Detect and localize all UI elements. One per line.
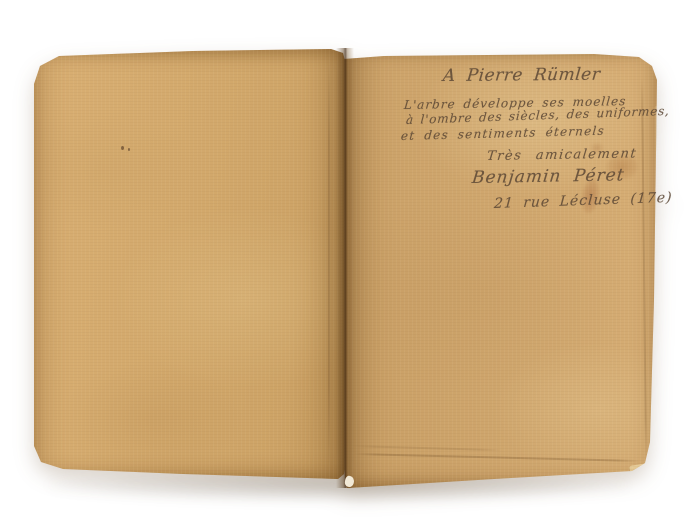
photo-background: A Pierre Rümler L'arbre développe ses mo… xyxy=(0,0,700,517)
inscription-closing: Très amicalement xyxy=(486,146,638,164)
open-notebook: A Pierre Rümler L'arbre développe ses mo… xyxy=(0,0,700,517)
inscription-quote-line-3: et des sentiments éternels xyxy=(400,124,605,143)
inscription-dedication: A Pierre Rümler xyxy=(442,65,601,86)
handwritten-inscription: A Pierre Rümler L'arbre développe ses mo… xyxy=(0,0,700,517)
inscription-signature: Benjamin Péret xyxy=(471,165,626,188)
inscription-address: 21 rue Lécluse (17e) xyxy=(493,190,673,212)
